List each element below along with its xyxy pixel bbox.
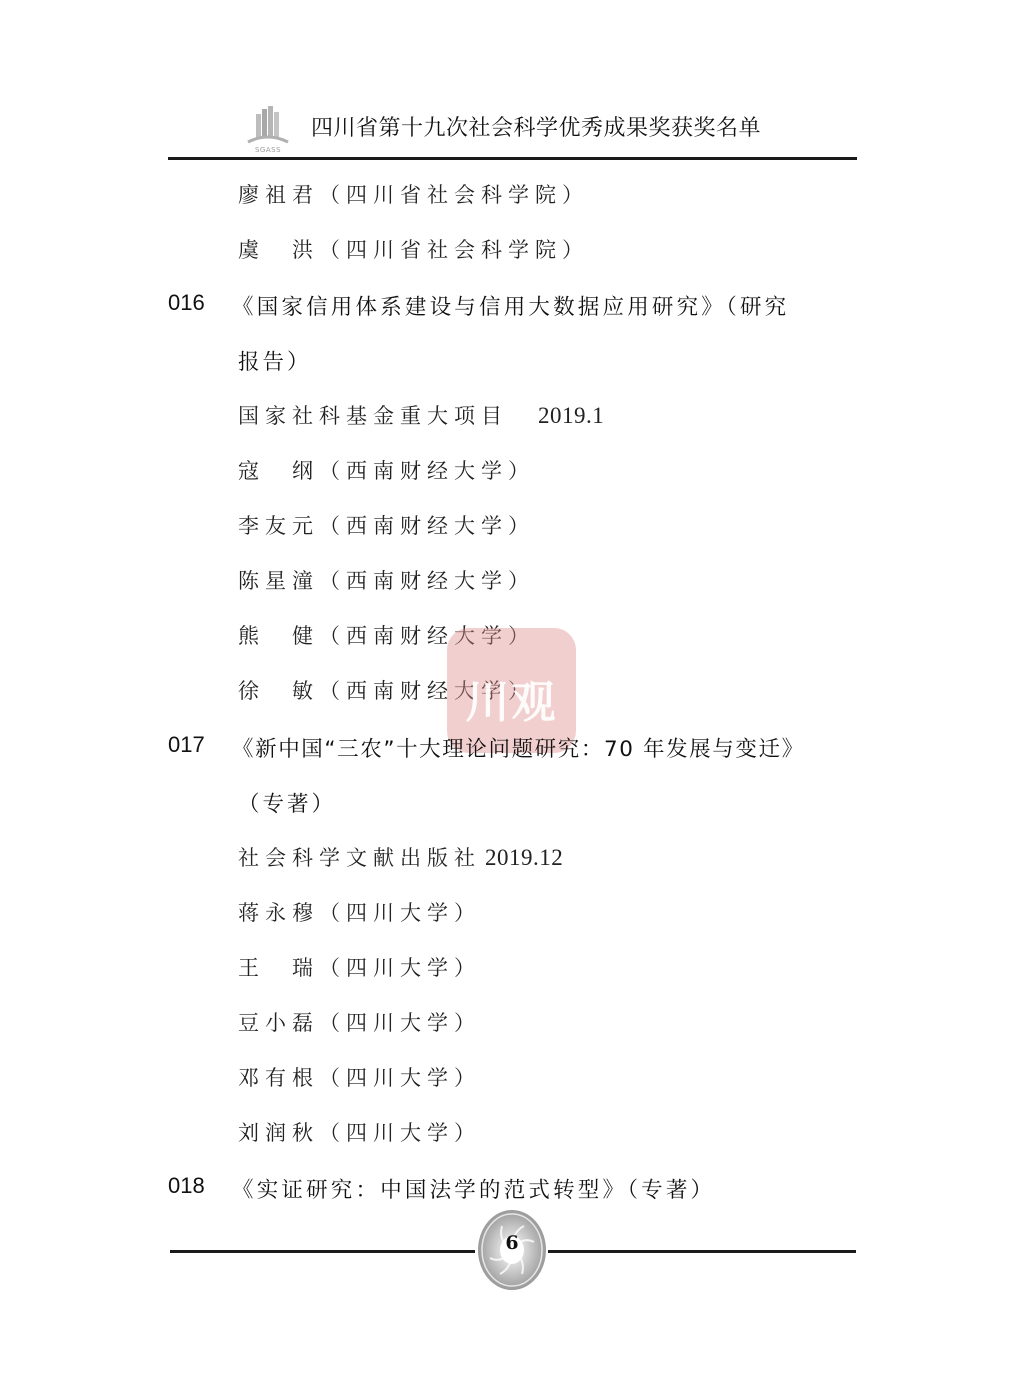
author-line: 王 瑞（四川大学）: [238, 952, 481, 982]
author-affiliation: （西南财经大学）: [319, 459, 535, 483]
page-header: SGASS 四川省第十九次社会科学优秀成果奖获奖名单: [168, 100, 858, 160]
author-line: 豆小磊（四川大学）: [238, 1007, 481, 1037]
source-name: 国家社科基金重大项目: [238, 404, 508, 428]
entry-title: 《新中国“三农”十大理论问题研究：70 年发展与变迁》: [232, 732, 805, 763]
author-affiliation: （西南财经大学）: [319, 569, 535, 593]
header-divider: [168, 157, 857, 160]
page-title: 四川省第十九次社会科学优秀成果奖获奖名单: [311, 111, 761, 142]
author-name: 刘润秋: [238, 1121, 319, 1145]
author-name: 蒋永穆: [238, 901, 319, 925]
author-name: 徐 敏: [238, 679, 319, 703]
page-number: 6: [476, 1232, 548, 1254]
author-name: 寇 纲: [238, 459, 319, 483]
author-line: 刘润秋（四川大学）: [238, 1117, 481, 1147]
sgass-logo-icon: SGASS: [244, 106, 292, 154]
author-line: 寇 纲（西南财经大学）: [238, 455, 535, 485]
author-name: 邓有根: [238, 1066, 319, 1090]
author-line: 李友元（西南财经大学）: [238, 510, 535, 540]
author-line: 蒋永穆（四川大学）: [238, 897, 481, 927]
author-affiliation: （四川大学）: [319, 1121, 481, 1145]
author-affiliation: （四川大学）: [319, 1011, 481, 1035]
entry-title: 《实证研究：中国法学的范式转型》（专著）: [232, 1173, 715, 1204]
entry-title-continued: （专著）: [238, 787, 336, 818]
entry-number: 017: [168, 732, 205, 758]
entry-number: 018: [168, 1173, 205, 1199]
author-name: 陈星潼: [238, 569, 319, 593]
author-affiliation: （四川大学）: [319, 956, 481, 980]
entry-source: 社会科学文献出版社2019.12: [238, 842, 563, 872]
author-name: 李友元: [238, 514, 319, 538]
author-affiliation: （四川大学）: [319, 901, 481, 925]
entry-title-continued: 报告）: [238, 345, 312, 376]
author-line: 虞 洪（四川省社会科学院）: [238, 234, 589, 264]
author-line: 邓有根（四川大学）: [238, 1062, 481, 1092]
footer-divider-left: [170, 1250, 475, 1253]
author-name: 熊 健: [238, 624, 319, 648]
author-affiliation: （四川省社会科学院）: [319, 183, 589, 207]
author-line: 陈星潼（西南财经大学）: [238, 565, 535, 595]
author-affiliation: （四川大学）: [319, 1066, 481, 1090]
author-line: 廖祖君（四川省社会科学院）: [238, 179, 589, 209]
author-affiliation: （四川省社会科学院）: [319, 238, 589, 262]
source-date: 2019.12: [485, 845, 563, 870]
entry-source: 国家社科基金重大项目2019.1: [238, 400, 604, 430]
entry-title: 《国家信用体系建设与信用大数据应用研究》（研究: [232, 290, 789, 321]
author-name: 虞 洪: [238, 238, 319, 262]
author-name: 王 瑞: [238, 956, 319, 980]
logo-text: SGASS: [244, 146, 292, 154]
author-name: 廖祖君: [238, 183, 319, 207]
entry-number: 016: [168, 290, 205, 316]
footer-divider-right: [548, 1250, 856, 1253]
author-affiliation: （西南财经大学）: [319, 514, 535, 538]
source-date: 2019.1: [538, 403, 604, 428]
author-name: 豆小磊: [238, 1011, 319, 1035]
source-name: 社会科学文献出版社: [238, 846, 481, 870]
watermark-text: 川观: [447, 666, 576, 730]
